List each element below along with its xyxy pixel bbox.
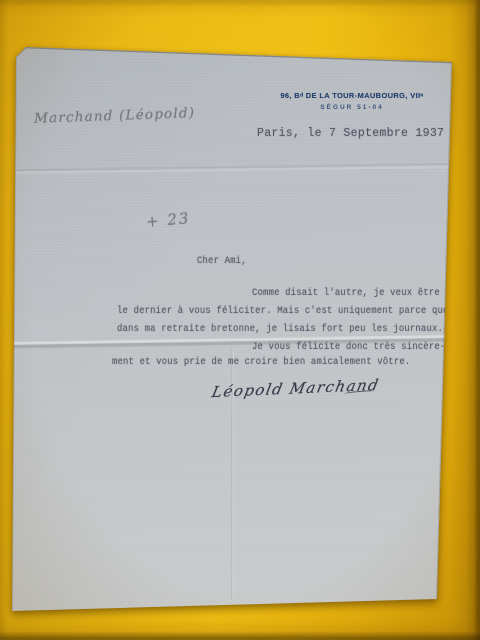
body-line: le dernier à vous féliciter. Mais c'est … (117, 305, 454, 317)
letterhead-address: 96, Bᵈ DE LA TOUR-MAUBOURG, VIIᵉ (277, 91, 427, 100)
body-line: ment et vous prie de me croire bien amic… (112, 356, 410, 368)
letterhead: 96, Bᵈ DE LA TOUR-MAUBOURG, VIIᵉ SÉGUR 5… (277, 91, 427, 111)
body-line: Je vous félicite donc très sincère- (252, 341, 445, 353)
letter-photograph: Marchand (Léopold) 96, Bᵈ DE LA TOUR-MAU… (0, 0, 480, 640)
letterhead-telephone: SÉGUR 51-04 (277, 104, 427, 111)
body-line: Comme disait l'autre, je veux être (252, 287, 440, 299)
body-line: dans ma retraite bretonne, je lisais for… (117, 323, 443, 335)
pencil-annotation-code: + 23 (145, 209, 191, 231)
salutation: Cher Ami, (197, 255, 247, 267)
paper-shadow-wrap: Marchand (Léopold) 96, Bᵈ DE LA TOUR-MAU… (0, 0, 480, 640)
date-line: Paris, le 7 Septembre 1937 (257, 127, 444, 140)
letter-paper: Marchand (Léopold) 96, Bᵈ DE LA TOUR-MAU… (0, 0, 480, 640)
